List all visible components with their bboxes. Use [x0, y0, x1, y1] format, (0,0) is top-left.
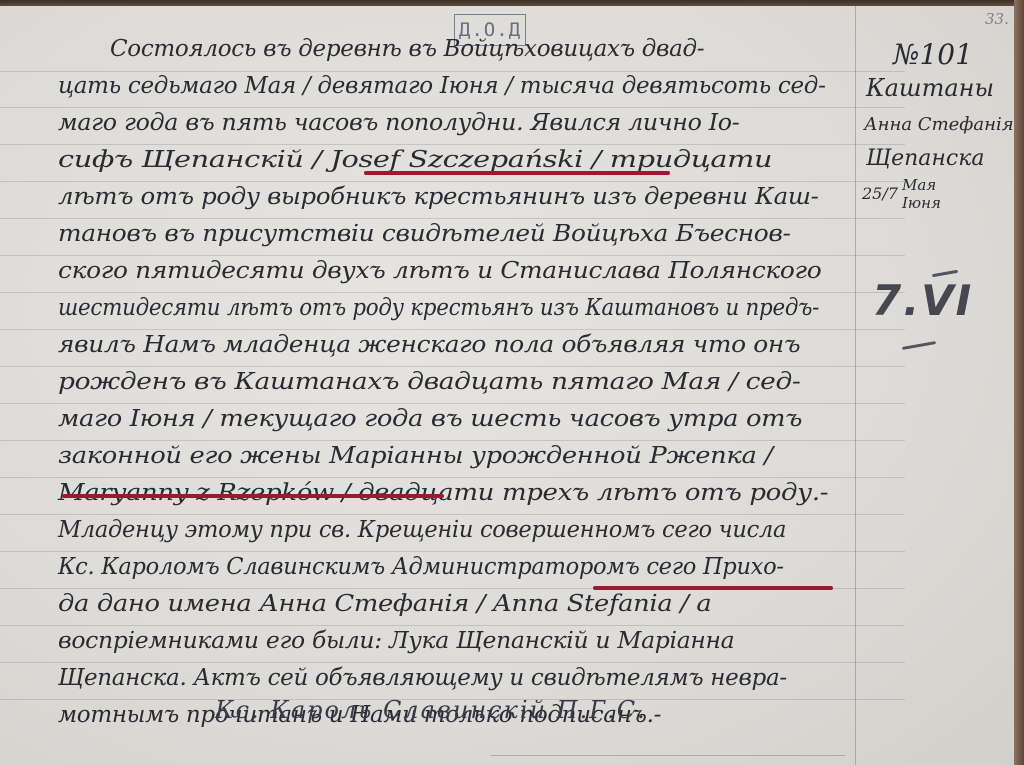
text-line: тановъ въ присутствіи свидѣтелей Войцѣха… [58, 221, 791, 247]
page-number: 33. [985, 10, 1009, 28]
ruled-line [0, 144, 905, 145]
text-line: маго года въ пять часовъ пополудни. Явил… [58, 110, 739, 136]
margin-month-new-style: Iюня [902, 194, 941, 212]
record-number: №101 [893, 38, 973, 71]
highlight-underline-child-name [593, 586, 833, 590]
text-line: Maryanny z Rzepków / двадцати трехъ лѣтъ… [58, 480, 828, 506]
margin-village: Каштаны [866, 74, 994, 102]
ruled-line [0, 255, 905, 256]
text-line: маго Iюня / текущаго года въ шесть часов… [58, 406, 802, 432]
margin-given-names: Анна Стефанія [864, 114, 1014, 135]
ruled-line [490, 755, 845, 756]
text-line: воспріемниками его были: Лука Щепанскій … [58, 628, 734, 654]
ruled-line [0, 107, 905, 108]
book-right-edge [1014, 0, 1024, 765]
text-line: Кс. Кароломъ Славинскимъ Администратором… [58, 554, 784, 580]
ruled-line [0, 292, 905, 293]
text-line: законной его жены Маріанны урожденной Рж… [58, 443, 773, 469]
ruled-line [0, 440, 905, 441]
ruled-line [0, 625, 905, 626]
text-line: ского пятидесяти двухъ лѣтъ и Станислава… [58, 258, 821, 284]
ruled-line [0, 403, 905, 404]
margin-surname: Щепанска [866, 146, 984, 171]
pencil-mark [902, 341, 936, 350]
text-line: лѣтъ отъ роду выробникъ крестьянинъ изъ … [58, 184, 819, 210]
ruled-line [0, 514, 905, 515]
text-line: Младенцу этому при св. Крещеніи совершен… [58, 517, 786, 543]
text-line: Щепанска. Актъ сей объявляющему и свидѣт… [58, 665, 787, 691]
ruled-line [0, 477, 905, 478]
text-line: сифъ Щепанскій / Josef Szczepański / три… [58, 147, 772, 173]
pencil-date-note: 7.VI [872, 276, 973, 325]
ruled-line [0, 366, 905, 367]
ruled-line [0, 329, 905, 330]
priest-signature: Кс. Кароль Славинскій П.Г.С. [215, 696, 647, 724]
ruled-line [0, 181, 905, 182]
margin-line [855, 6, 856, 765]
text-line: да дано имена Анна Стефанія / Anna Stefa… [58, 591, 711, 617]
text-line: рожденъ въ Каштанахъ двадцать пятаго Мая… [58, 369, 800, 395]
text-line: Состоялось въ деревнѣ въ Войцѣховицахъ д… [110, 36, 704, 62]
highlight-underline-mother-name [62, 494, 444, 498]
text-line: явилъ Намъ младенца женскаго пола объявл… [58, 332, 800, 358]
text-line: шестидесяти лѣтъ отъ роду крестьянъ изъ … [58, 295, 819, 321]
ruled-line [0, 71, 905, 72]
margin-birth-day: 25/7 [862, 184, 898, 203]
ruled-line [0, 551, 905, 552]
ruled-line [0, 218, 905, 219]
ruled-line [0, 662, 905, 663]
text-line: цать седьмаго Мая / девятаго Iюня / тыся… [58, 73, 826, 99]
register-page: Д.О.Д 33. Состоялось въ деревнѣ въ Войцѣ… [0, 6, 1014, 765]
highlight-underline-father-name [364, 171, 670, 175]
margin-month-old-style: Мая [902, 176, 936, 194]
